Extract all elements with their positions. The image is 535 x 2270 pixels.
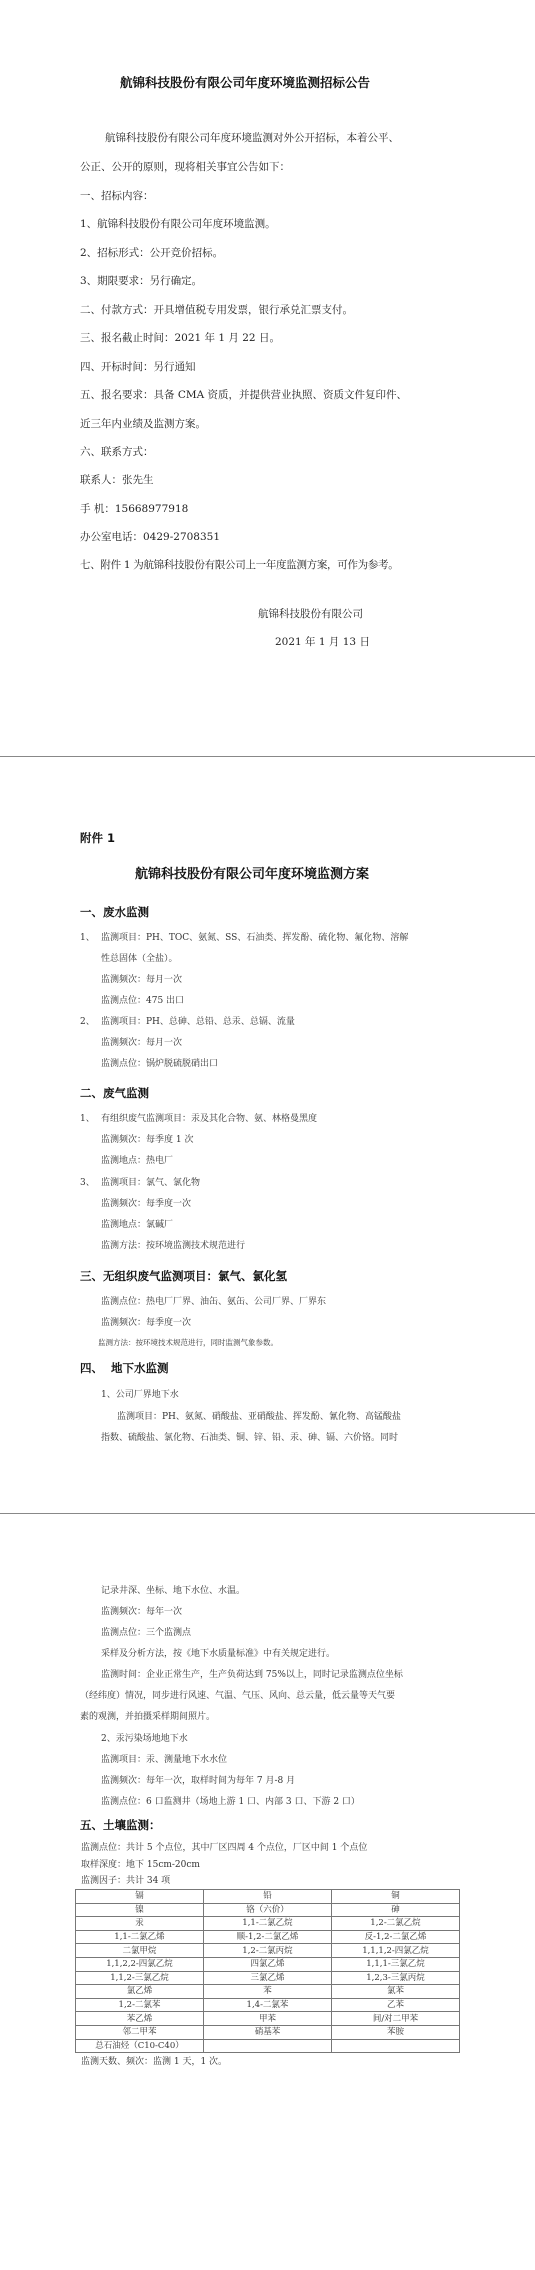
notice-item: 四、开标时间：另行通知 <box>80 359 196 374</box>
list-number: 1、 <box>80 1111 95 1124</box>
list-item: 采样及分析方法，按《地下水质量标准》中有关规定进行。 <box>101 1646 335 1659</box>
list-item: 监测频次：每月一次 <box>101 1035 182 1048</box>
section-heading-soil: 五、土壤监测： <box>80 1817 161 1833</box>
notice-item: 一、招标内容： <box>80 188 154 203</box>
list-item: 监测点位：6 口监测井（场地上游 1 口、内部 3 口、下游 2 口） <box>101 1794 360 1807</box>
table-cell: 1,1,1,2-四氯乙烷 <box>332 1944 460 1958</box>
table-cell: 铜 <box>332 1890 460 1904</box>
list-number: 3、 <box>80 1175 95 1188</box>
soil-depth: 取样深度：地下 15cm-20cm <box>81 1857 200 1870</box>
table-cell: 氯乙烯 <box>76 1985 204 1999</box>
section-heading-number: 四、 <box>80 1360 103 1376</box>
table-cell: 三氯乙烯 <box>204 1971 332 1985</box>
list-number: 2、 <box>80 1014 95 1027</box>
list-item: 监测频次：每年一次 <box>101 1604 182 1617</box>
notice-intro-line2: 公正、公开的原则，现将相关事宜公告如下： <box>80 159 290 174</box>
table-cell: 镉 <box>76 1890 204 1904</box>
table-cell: 乙苯 <box>332 1998 460 2012</box>
list-item: 性总固体（全盐）。 <box>101 951 178 964</box>
table-cell: 1,1-二氯乙烷 <box>204 1917 332 1931</box>
page-divider <box>0 1513 535 1514</box>
table-row: 邻二甲苯 硝基苯 苯胺 <box>76 2025 460 2039</box>
list-item: 素的观测，并拍摄采样期间照片。 <box>80 1709 215 1722</box>
list-item: 记录井深、坐标、地下水位、水温。 <box>101 1583 245 1596</box>
table-cell: 铬（六价） <box>204 1903 332 1917</box>
table-cell: 氯苯 <box>332 1985 460 1999</box>
table-cell: 1,1,2-三氯乙烷 <box>76 1971 204 1985</box>
list-number: 1、 <box>80 930 95 943</box>
table-cell: 1,1,2,2-四氯乙烷 <box>76 1957 204 1971</box>
table-cell: 甲苯 <box>204 2012 332 2026</box>
table-cell: 砷 <box>332 1903 460 1917</box>
table-cell: 1,1-二氯乙烯 <box>76 1930 204 1944</box>
list-item: 监测频次：每季度一次 <box>101 1196 191 1209</box>
list-item: 监测项目：PH、TOC、氨氮、SS、石油类、挥发酚、硫化物、氟化物、溶解 <box>101 930 408 943</box>
table-cell: 顺-1,2-二氯乙烯 <box>204 1930 332 1944</box>
list-item: 监测地点：氯碱厂 <box>101 1217 173 1230</box>
list-item: 监测点位：三个监测点 <box>101 1625 191 1638</box>
notice-item: 七、附件 1 为航锦科技股份有限公司上一年度监测方案，可作为参考。 <box>80 557 398 572</box>
table-row: 1,1,2,2-四氯乙烷 四氯乙烯 1,1,1-三氯乙烷 <box>76 1957 460 1971</box>
notice-item: 3、期限要求：另行确定。 <box>80 273 202 288</box>
contact-person: 联系人：张先生 <box>80 472 154 487</box>
list-item: 有组织废气监测项目：汞及其化合物、氨、林格曼黑度 <box>101 1111 317 1124</box>
table-cell: 间/对二甲苯 <box>332 2012 460 2026</box>
notice-item: 1、航锦科技股份有限公司年度环境监测。 <box>80 216 276 231</box>
list-item: 监测点位：热电厂厂界、油缶、氨缶、公司厂界、厂界东 <box>101 1294 326 1307</box>
list-item: 监测频次：每季度一次 <box>101 1315 191 1328</box>
table-cell: 邻二甲苯 <box>76 2025 204 2039</box>
table-cell: 1,4-二氯苯 <box>204 1998 332 2012</box>
table-row: 1,2-二氯苯 1,4-二氯苯 乙苯 <box>76 1998 460 2012</box>
signature-date: 2021 年 1 月 13 日 <box>275 634 370 649</box>
table-row: 汞 1,1-二氯乙烷 1,2-二氯乙烷 <box>76 1917 460 1931</box>
notice-item: 2、招标形式：公开竞价招标。 <box>80 245 223 260</box>
subsection-title: 1、公司厂界地下水 <box>101 1387 179 1400</box>
table-cell: 汞 <box>76 1917 204 1931</box>
table-cell: 反-1,2-二氯乙烯 <box>332 1930 460 1944</box>
notice-item: 三、报名截止时间：2021 年 1 月 22 日。 <box>80 330 280 345</box>
contact-mobile: 手 机：15668977918 <box>80 501 188 516</box>
table-cell: 1,2,3-三氯丙烷 <box>332 1971 460 1985</box>
section-heading-wastewater: 一、废水监测 <box>80 904 149 920</box>
notice-intro-line1: 航锦科技股份有限公司年度环境监测对外公开招标，本着公平、 <box>105 130 399 145</box>
section-heading-fugitive-gas: 三、无组织废气监测项目：氯气、氯化氢 <box>80 1268 287 1284</box>
table-cell: 苯胺 <box>332 2025 460 2039</box>
table-cell: 1,1,1-三氯乙烷 <box>332 1957 460 1971</box>
notice-item: 五、报名要求：具备 CMA 资质，并提供营业执照、资质文件复印件、 <box>80 387 407 402</box>
notice-item: 近三年内业绩及监测方案。 <box>80 416 206 431</box>
table-cell: 1,2-二氯苯 <box>76 1998 204 2012</box>
table-cell: 苯乙烯 <box>76 2012 204 2026</box>
list-item: 监测地点：热电厂 <box>101 1153 173 1166</box>
notice-title: 航锦科技股份有限公司年度环境监测招标公告 <box>120 73 370 91</box>
attachment-label: 附件 1 <box>80 830 115 846</box>
signature-company: 航锦科技股份有限公司 <box>258 606 363 621</box>
table-cell: 二氯甲烷 <box>76 1944 204 1958</box>
table-cell <box>204 2039 332 2053</box>
list-item: 监测时间：企业正常生产，生产负荷达到 75%以上，同时记录监测点位坐标 <box>101 1667 403 1680</box>
page-divider <box>0 756 535 757</box>
table-row: 镉 铅 铜 <box>76 1890 460 1904</box>
list-item: 监测项目：汞、测量地下水水位 <box>101 1752 227 1765</box>
table-cell: 镍 <box>76 1903 204 1917</box>
list-item: 监测点位：475 出口 <box>101 993 184 1006</box>
table-row: 1,1,2-三氯乙烷 三氯乙烯 1,2,3-三氯丙烷 <box>76 1971 460 1985</box>
list-item: 监测频次：每年一次，取样时间为每年 7 月-8 月 <box>101 1773 295 1786</box>
notice-item: 六、联系方式： <box>80 444 154 459</box>
table-cell: 1,2-二氯乙烷 <box>332 1917 460 1931</box>
table-row: 镍 铬（六价） 砷 <box>76 1903 460 1917</box>
list-item: 监测项目：PH、氨氮、硝酸盐、亚硝酸盐、挥发酚、氰化物、高锰酸盐 <box>117 1409 401 1422</box>
table-cell: 四氯乙烯 <box>204 1957 332 1971</box>
list-item: 监测频次：每月一次 <box>101 972 182 985</box>
list-item: 监测项目：PH、总砷、总铅、总汞、总镉、流量 <box>101 1014 295 1027</box>
list-item: 监测点位：锅炉脱硫脱硝出口 <box>101 1056 218 1069</box>
list-item: 监测项目：氯气、氯化物 <box>101 1175 200 1188</box>
soil-points: 监测点位：共计 5 个点位，其中厂区四周 4 个点位，厂区中间 1 个点位 <box>81 1840 367 1853</box>
table-cell: 硝基苯 <box>204 2025 332 2039</box>
notice-item: 二、付款方式：开具增值税专用发票，银行承兑汇票支付。 <box>80 302 353 317</box>
list-item: 监测方法：按环境监测技术规范进行 <box>101 1238 245 1251</box>
contact-office-phone: 办公室电话：0429-2708351 <box>80 529 220 544</box>
table-cell: 铅 <box>204 1890 332 1904</box>
section-heading-waste-gas: 二、废气监测 <box>80 1085 149 1101</box>
table-row: 氯乙烯 苯 氯苯 <box>76 1985 460 1999</box>
table-cell <box>332 2039 460 2053</box>
list-item: 指数、硫酸盐、氯化物、石油类、铜、锌、铅、汞、砷、镉、六价铬。同时 <box>101 1430 398 1443</box>
section-heading-groundwater: 地下水监测 <box>111 1360 169 1376</box>
method-note: 监测方法：按环境技术规范进行，同时监测气象参数。 <box>98 1337 278 1348</box>
list-item: （经纬度）情况，同步进行风速、气温、气压、风向、总云量，低云量等天气要 <box>80 1688 395 1701</box>
table-cell: 1,2-二氯丙烷 <box>204 1944 332 1958</box>
soil-factors-label: 监测因子：共计 34 项 <box>81 1873 170 1886</box>
soil-days-frequency: 监测天数、频次：监测 1 天，1 次。 <box>81 2054 227 2067</box>
soil-factors-table: 镉 铅 铜 镍 铬（六价） 砷 汞 1,1-二氯乙烷 1,2-二氯乙烷 1,1-… <box>75 1889 460 2053</box>
table-row: 二氯甲烷 1,2-二氯丙烷 1,1,1,2-四氯乙烷 <box>76 1944 460 1958</box>
list-item: 监测频次：每季度 1 次 <box>101 1132 193 1145</box>
subsection-title: 2、汞污染场地地下水 <box>101 1731 188 1744</box>
table-cell: 苯 <box>204 1985 332 1999</box>
table-row: 1,1-二氯乙烯 顺-1,2-二氯乙烯 反-1,2-二氯乙烯 <box>76 1930 460 1944</box>
table-row: 总石油烃（C10-C40） <box>76 2039 460 2053</box>
attachment-title: 航锦科技股份有限公司年度环境监测方案 <box>135 863 369 882</box>
table-cell: 总石油烃（C10-C40） <box>76 2039 204 2053</box>
table-row: 苯乙烯 甲苯 间/对二甲苯 <box>76 2012 460 2026</box>
